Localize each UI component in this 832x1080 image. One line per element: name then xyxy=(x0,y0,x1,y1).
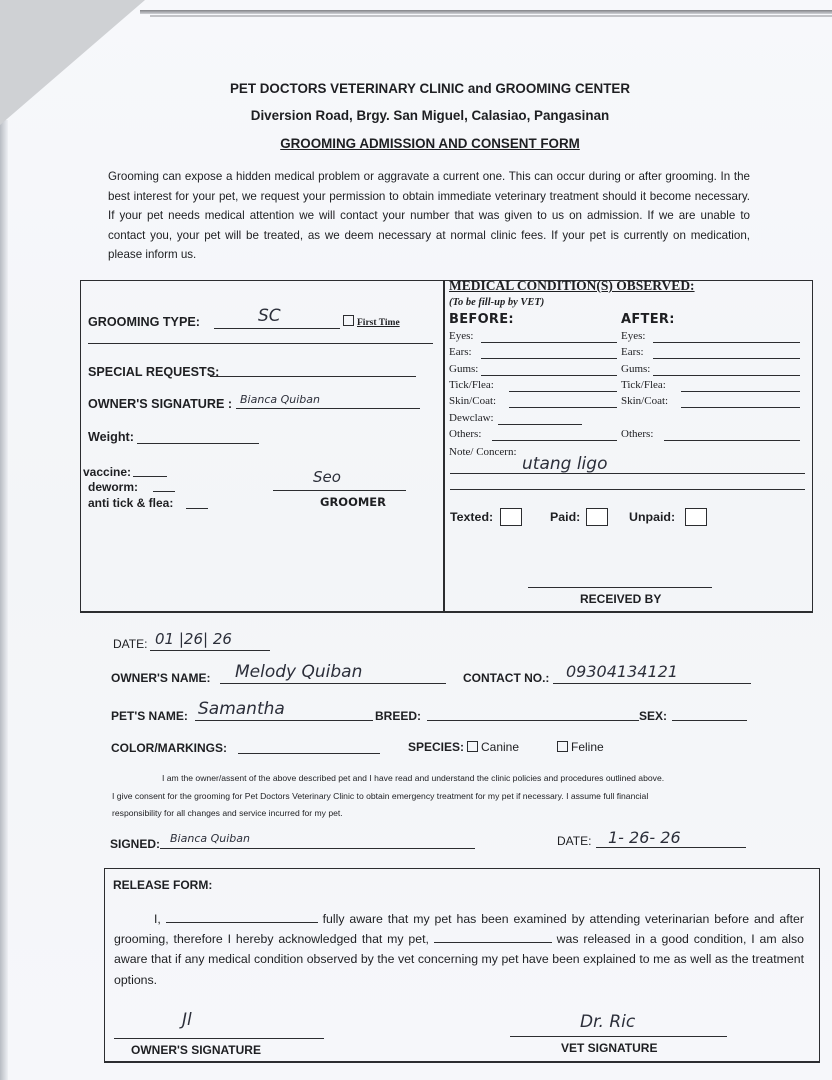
before-heading: BEFORE: xyxy=(449,312,514,327)
weight-field[interactable] xyxy=(137,443,259,444)
signed-label: SIGNED: xyxy=(110,837,160,851)
vet-signature-label: VET SIGNATURE xyxy=(561,1041,657,1055)
anti-tick-field[interactable] xyxy=(186,508,208,509)
before-row-label: Ears: xyxy=(449,346,472,358)
medical-conditions-subtitle: (To be fill-up by VET) xyxy=(449,297,544,308)
consent-date-label: DATE: xyxy=(557,834,591,848)
consent-line-1: I am the owner/assent of the above descr… xyxy=(112,770,762,788)
sex-label: SEX: xyxy=(639,709,667,723)
special-requests-label: SPECIAL REQUESTS: xyxy=(88,365,219,379)
contact-line xyxy=(553,683,751,684)
first-time-label: First Time xyxy=(357,318,400,328)
clinic-name: PET DOCTORS VETERINARY CLINIC and GROOMI… xyxy=(0,81,832,96)
texted-checkbox[interactable] xyxy=(500,508,522,526)
feline-label: Feline xyxy=(571,740,604,754)
first-time-checkbox[interactable]: First Time xyxy=(343,315,400,328)
release-owner-signature-line xyxy=(114,1038,324,1039)
after-row-field[interactable] xyxy=(681,391,800,392)
groomer-signature-line xyxy=(273,490,406,491)
note-concern-field[interactable]: utang ligo xyxy=(522,454,607,474)
box-divider xyxy=(443,280,445,611)
date-field[interactable]: 01 |26| 26 xyxy=(155,630,232,648)
feline-checkbox[interactable] xyxy=(557,741,568,752)
after-row-label: Gums: xyxy=(621,363,650,375)
before-row-label: Eyes: xyxy=(449,330,473,342)
before-row-label: Skin/Coat: xyxy=(449,395,496,407)
release-owner-signature-field[interactable]: Jl xyxy=(182,1010,192,1030)
folded-corner xyxy=(0,0,145,125)
date-label: DATE: xyxy=(113,637,147,651)
scan-top-edge xyxy=(140,10,832,14)
special-requests-field[interactable] xyxy=(210,376,416,377)
texted-label: Texted: xyxy=(450,510,493,524)
after-row-label: Skin/Coat: xyxy=(621,395,668,407)
after-row-field[interactable] xyxy=(653,358,800,359)
consent-line-2: I give consent for the grooming for Pet … xyxy=(112,788,762,806)
first-time-checkbox-box[interactable] xyxy=(343,315,354,326)
signed-line xyxy=(160,848,475,849)
grooming-details-box xyxy=(80,280,813,613)
breed-field[interactable] xyxy=(427,720,639,721)
breed-label: BREED: xyxy=(375,709,421,723)
note-line-1 xyxy=(450,473,805,474)
owner-name-line xyxy=(220,683,446,684)
before-row-field[interactable] xyxy=(481,358,617,359)
before-row-field[interactable] xyxy=(509,391,617,392)
release-paragraph: I, fully aware that my pet has been exam… xyxy=(114,909,804,990)
owner-signature-field[interactable]: Bianca Quiban xyxy=(240,393,320,406)
groomer-label: GROOMER xyxy=(320,495,386,509)
pet-name-label: PET'S NAME: xyxy=(111,709,188,723)
vaccine-field[interactable] xyxy=(133,476,167,477)
clinic-address: Diversion Road, Brgy. San Miguel, Calasi… xyxy=(0,108,832,123)
medical-conditions-title: MEDICAL CONDITION(S) OBSERVED: xyxy=(449,278,695,294)
before-row-field[interactable] xyxy=(509,407,617,408)
before-row-label: Tick/Flea: xyxy=(449,379,494,391)
unpaid-label: Unpaid: xyxy=(629,510,675,524)
groomer-signature-field[interactable]: Seo xyxy=(313,468,341,486)
canine-label: Canine xyxy=(481,740,519,754)
anti-tick-label: anti tick & flea: xyxy=(88,496,173,510)
received-by-line[interactable] xyxy=(528,587,712,588)
species-label: SPECIES: xyxy=(408,740,464,754)
signed-field[interactable]: Bianca Quiban xyxy=(170,832,250,845)
unpaid-checkbox[interactable] xyxy=(685,508,707,526)
before-row-field[interactable] xyxy=(481,375,617,376)
scanned-form-page: PET DOCTORS VETERINARY CLINIC and GROOMI… xyxy=(0,0,832,1080)
species-feline-option[interactable]: Feline xyxy=(557,740,604,754)
color-markings-label: COLOR/MARKINGS: xyxy=(111,741,227,755)
after-row-field[interactable] xyxy=(681,407,800,408)
deworm-label: deworm: xyxy=(88,480,138,494)
consent-paragraph: I am the owner/assent of the above descr… xyxy=(112,770,762,823)
note-concern-label: Note/ Concern: xyxy=(449,446,517,458)
consent-line-3: responsibility for all changes and servi… xyxy=(112,805,762,823)
after-row-label: Eyes: xyxy=(621,330,645,342)
grooming-type-field[interactable]: SC xyxy=(258,306,281,326)
date-line xyxy=(150,650,270,651)
grooming-type-label: GROOMING TYPE: xyxy=(88,315,200,329)
after-row-label: Tick/Flea: xyxy=(621,379,666,391)
after-row-field[interactable] xyxy=(653,342,800,343)
release-owner-signature-label: OWNER'S SIGNATURE xyxy=(131,1043,261,1057)
paid-label: Paid: xyxy=(550,510,580,524)
pet-name-field[interactable]: Samantha xyxy=(198,699,285,719)
weight-label: Weight: xyxy=(88,430,134,444)
release-owner-name-field[interactable] xyxy=(166,912,318,923)
form-title: GROOMING ADMISSION AND CONSENT FORM xyxy=(0,136,832,151)
deworm-field[interactable] xyxy=(153,491,175,492)
consent-date-field[interactable]: 1- 26- 26 xyxy=(608,828,681,847)
release-form-title: RELEASE FORM: xyxy=(113,878,212,892)
contact-label: CONTACT NO.: xyxy=(463,671,549,685)
note-line-2 xyxy=(450,489,805,490)
after-row-field[interactable] xyxy=(653,375,800,376)
contact-field[interactable]: 09304134121 xyxy=(566,662,678,681)
before-row-label: Dewclaw: xyxy=(449,412,494,424)
consent-date-line xyxy=(596,847,746,848)
received-by-label: RECEIVED BY xyxy=(580,592,661,606)
owner-signature-label: OWNER'S SIGNATURE : xyxy=(88,397,232,411)
before-row-label: Others: xyxy=(449,428,481,440)
before-row-field[interactable] xyxy=(492,440,617,441)
before-row-field[interactable] xyxy=(481,342,617,343)
owner-signature-line xyxy=(236,408,420,409)
before-row-field[interactable] xyxy=(498,424,582,425)
sex-field[interactable] xyxy=(672,720,747,721)
color-markings-field[interactable] xyxy=(238,753,380,754)
after-row-label: Ears: xyxy=(621,346,644,358)
species-canine-option[interactable]: Canine xyxy=(467,740,519,754)
grooming-type-extra-line xyxy=(88,343,433,344)
release-pet-name-field[interactable] xyxy=(434,932,552,943)
grooming-type-line xyxy=(214,328,340,329)
after-row-field[interactable] xyxy=(664,440,800,441)
release-text-1: I, xyxy=(114,912,166,926)
vaccine-label: vaccine: xyxy=(83,465,131,479)
intro-paragraph: Grooming can expose a hidden medical pro… xyxy=(108,167,750,265)
owner-name-label: OWNER'S NAME: xyxy=(111,671,211,685)
paid-checkbox[interactable] xyxy=(586,508,608,526)
canine-checkbox[interactable] xyxy=(467,741,478,752)
vet-signature-line xyxy=(510,1036,727,1037)
owner-name-field[interactable]: Melody Quiban xyxy=(235,662,362,682)
after-row-label: Others: xyxy=(621,428,653,440)
vet-signature-field[interactable]: Dr. Ric xyxy=(580,1012,635,1032)
scan-top-edge-shadow xyxy=(150,15,832,17)
pet-name-line xyxy=(195,720,373,721)
before-row-label: Gums: xyxy=(449,363,478,375)
after-heading: AFTER: xyxy=(621,312,675,327)
